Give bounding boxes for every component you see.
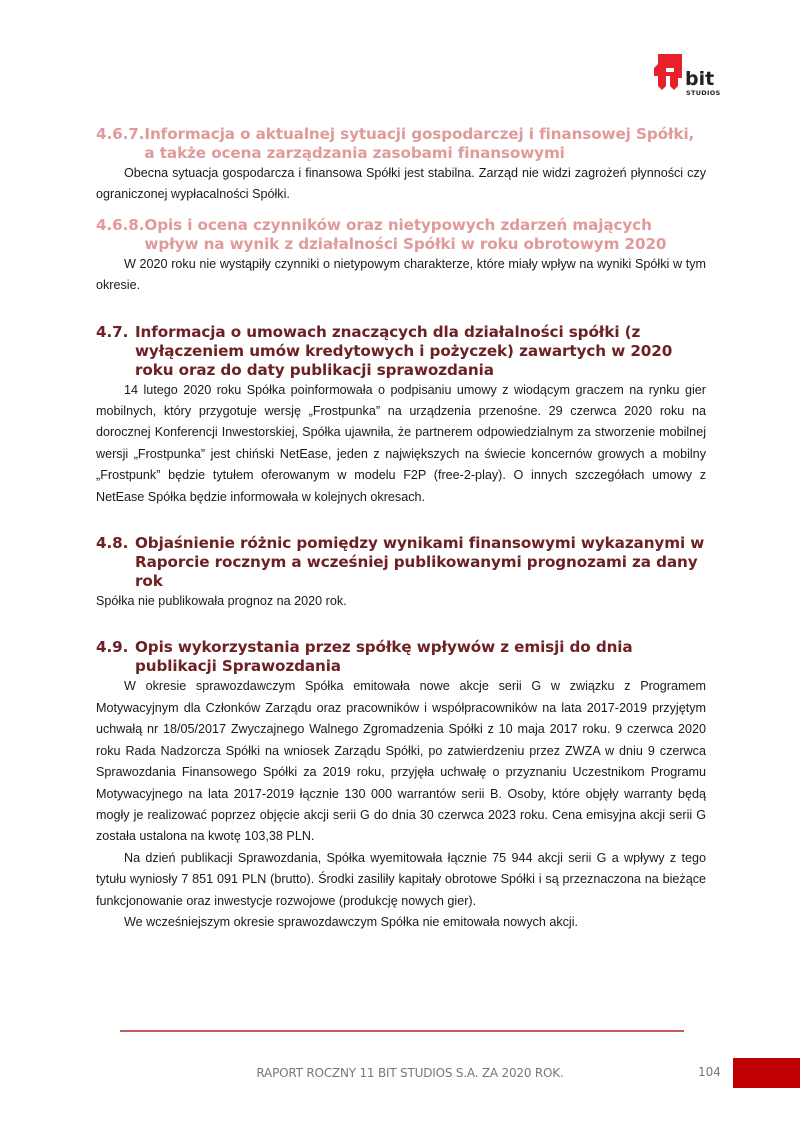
section-title: Opis wykorzystania przez spółkę wpływów … — [135, 638, 706, 676]
section-paragraph: Obecna sytuacja gospodarcza i finansowa … — [96, 163, 706, 206]
section-heading-4-9: 4.9. Opis wykorzystania przez spółkę wpł… — [96, 638, 706, 676]
section-number: 4.6.8. — [96, 216, 144, 254]
page-number: 104 — [698, 1065, 721, 1079]
page-marker-tab — [733, 1058, 800, 1088]
section-paragraph: W okresie sprawozdawczym Spółka emitował… — [96, 676, 706, 847]
company-logo: bit STUDIOS — [654, 54, 738, 100]
section-number: 4.9. — [96, 638, 135, 676]
section-number: 4.8. — [96, 534, 135, 591]
footer-report-title: RAPORT ROCZNY 11 BIT STUDIOS S.A. ZA 202… — [200, 1066, 620, 1080]
section-paragraph: Na dzień publikacji Sprawozdania, Spółka… — [96, 848, 706, 912]
footer-divider — [120, 1030, 684, 1032]
section-heading-4-7: 4.7. Informacja o umowach znaczących dla… — [96, 323, 706, 380]
section-number: 4.6.7. — [96, 125, 144, 163]
section-title: Informacja o umowach znaczących dla dzia… — [135, 323, 706, 380]
section-paragraph: Spółka nie publikowała prognoz na 2020 r… — [96, 591, 706, 612]
section-heading-4-8: 4.8. Objaśnienie różnic pomiędzy wynikam… — [96, 534, 706, 591]
section-heading-4-6-7: 4.6.7. Informacja o aktualnej sytuacji g… — [96, 125, 706, 163]
section-title: Opis i ocena czynników oraz nietypowych … — [144, 216, 706, 254]
section-number: 4.7. — [96, 323, 135, 380]
section-paragraph: W 2020 roku nie wystąpiły czynniki o nie… — [96, 254, 706, 297]
page-content: 4.6.7. Informacja o aktualnej sytuacji g… — [96, 125, 706, 933]
section-title: Informacja o aktualnej sytuacji gospodar… — [144, 125, 706, 163]
section-paragraph: 14 lutego 2020 roku Spółka poinformowała… — [96, 380, 706, 508]
svg-text:STUDIOS: STUDIOS — [686, 89, 721, 97]
logo-mark-icon: bit STUDIOS — [654, 54, 738, 100]
section-title: Objaśnienie różnic pomiędzy wynikami fin… — [135, 534, 706, 591]
section-heading-4-6-8: 4.6.8. Opis i ocena czynników oraz niety… — [96, 216, 706, 254]
section-paragraph: We wcześniejszym okresie sprawozdawczym … — [96, 912, 706, 933]
svg-text:bit: bit — [685, 68, 714, 90]
